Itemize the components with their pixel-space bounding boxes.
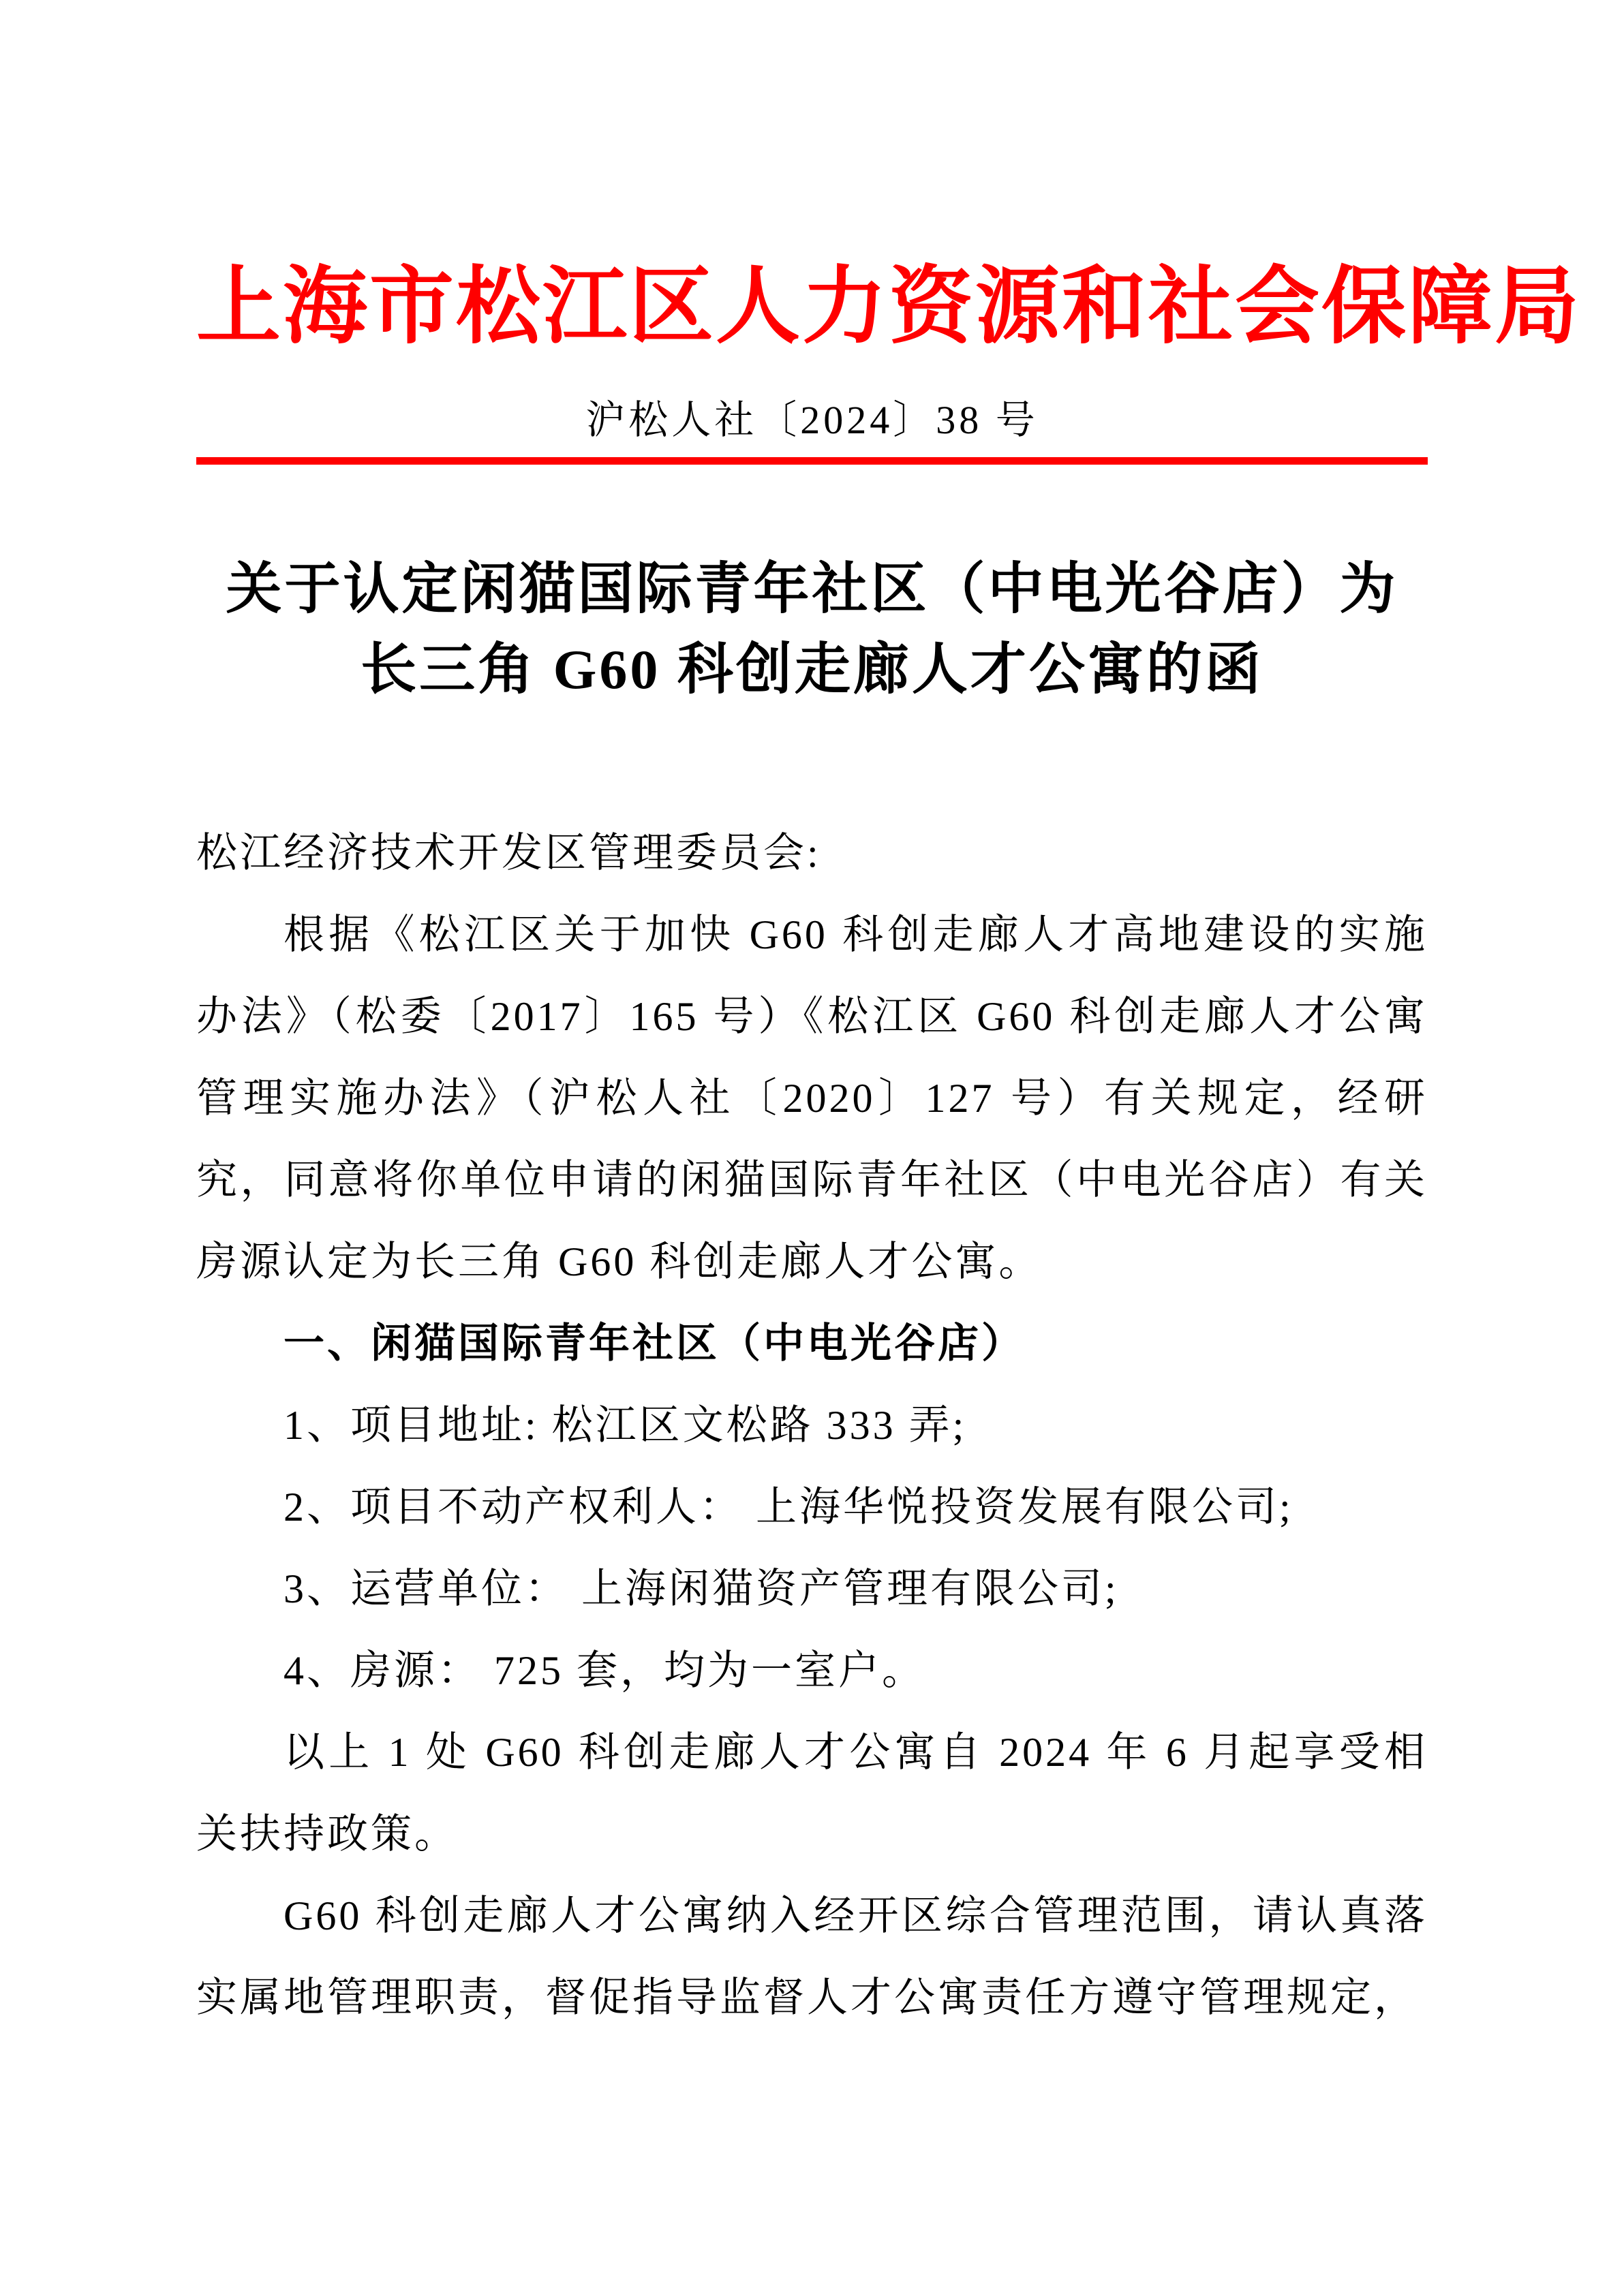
- document-number: 沪松人社〔2024〕38 号: [196, 393, 1428, 448]
- document-content: 上海市松江区人力资源和社会保障局 沪松人社〔2024〕38 号 关于认定闲猫国际…: [196, 0, 1428, 2038]
- red-separator-line: [196, 457, 1428, 465]
- document-title-line-2: 长三角 G60 科创走廊人才公寓的函: [196, 630, 1428, 710]
- item-2-property-owner: 2、项目不动产权利人： 上海华悦投资发展有限公司;: [196, 1466, 1428, 1548]
- document-body: 松江经济技术开发区管理委员会: 根据《松江区关于加快 G60 科创走廊人才高地建…: [196, 812, 1428, 2038]
- document-title-line-1: 关于认定闲猫国际青年社区（中电光谷店）为: [196, 549, 1428, 630]
- item-1-project-address: 1、项目地址: 松江区文松路 333 弄;: [196, 1384, 1428, 1466]
- item-4-housing-units: 4、房源： 725 套，均为一室户。: [196, 1630, 1428, 1711]
- letterhead-agency-name: 上海市松江区人力资源和社会保障局: [196, 0, 1428, 363]
- paragraph-policy-effective: 以上 1 处 G60 科创走廊人才公寓自 2024 年 6 月起享受相关扶持政策…: [196, 1711, 1428, 1875]
- item-3-operator: 3、运营单位： 上海闲猫资产管理有限公司;: [196, 1548, 1428, 1630]
- paragraph-management-requirements: G60 科创走廊人才公寓纳入经开区综合管理范围，请认真落实属地管理职责，督促指导…: [196, 1875, 1428, 2038]
- paragraph-legal-basis: 根据《松江区关于加快 G60 科创走廊人才高地建设的实施办法》（松委〔2017〕…: [196, 894, 1428, 1303]
- section-one-heading: 一、闲猫国际青年社区（中电光谷店）: [196, 1303, 1428, 1384]
- salutation: 松江经济技术开发区管理委员会:: [196, 812, 1428, 894]
- document-title: 关于认定闲猫国际青年社区（中电光谷店）为 长三角 G60 科创走廊人才公寓的函: [196, 549, 1428, 710]
- official-letter-page: 上海市松江区人力资源和社会保障局 沪松人社〔2024〕38 号 关于认定闲猫国际…: [0, 0, 1624, 2296]
